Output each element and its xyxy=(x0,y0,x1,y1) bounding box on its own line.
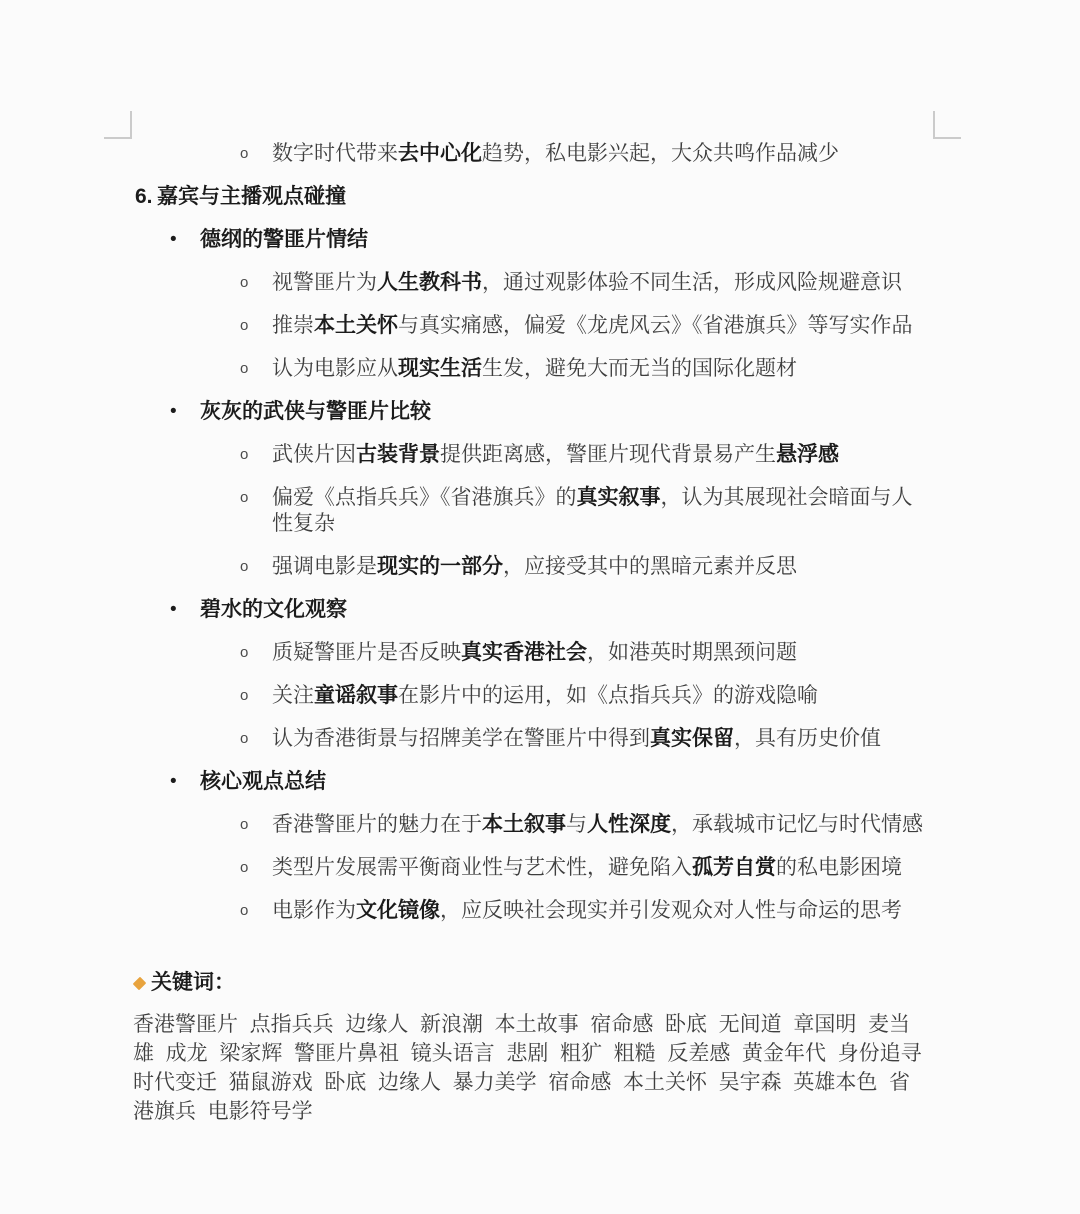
outline-item-bullet: •灰灰的武侠与警匪片比较 xyxy=(0,399,925,425)
outline-item-text: 关注童谣叙事在影片中的运用，如《点指兵兵》的游戏隐喻 xyxy=(272,683,925,709)
outline-item-text: 嘉宾与主播观点碰撞 xyxy=(157,184,925,210)
circle-marker: o xyxy=(240,640,272,666)
outline-item-circle: o认为香港街景与招牌美学在警匪片中得到真实保留，具有历史价值 xyxy=(0,726,925,752)
number-marker: 6. xyxy=(135,184,157,210)
outline-item-circle: o电影作为文化镜像，应反映社会现实并引发观众对人性与命运的思考 xyxy=(0,898,925,924)
circle-marker: o xyxy=(240,683,272,709)
circle-marker: o xyxy=(240,442,272,468)
bullet-marker: • xyxy=(170,399,200,425)
circle-marker: o xyxy=(240,270,272,296)
circle-marker: o xyxy=(240,356,272,382)
bullet-marker: • xyxy=(170,227,200,253)
outline-item-text: 核心观点总结 xyxy=(200,769,925,795)
circle-marker: o xyxy=(240,141,272,167)
document-page: o数字时代带来去中心化趋势，私电影兴起，大众共鸣作品减少6.嘉宾与主播观点碰撞•… xyxy=(0,0,1080,1214)
page-corner-mark-top-right xyxy=(933,111,961,139)
outline-item-text: 数字时代带来去中心化趋势，私电影兴起，大众共鸣作品减少 xyxy=(272,141,925,167)
page-corner-mark-top-left xyxy=(104,111,132,139)
diamond-icon xyxy=(133,976,147,990)
keywords-heading: 关键词： xyxy=(133,970,925,996)
outline-item-circle: o强调电影是现实的一部分，应接受其中的黑暗元素并反思 xyxy=(0,554,925,580)
outline-item-circle: o数字时代带来去中心化趋势，私电影兴起，大众共鸣作品减少 xyxy=(0,141,925,167)
outline-item-circle: o关注童谣叙事在影片中的运用，如《点指兵兵》的游戏隐喻 xyxy=(0,683,925,709)
outline-item-text: 偏爱《点指兵兵》《省港旗兵》的真实叙事，认为其展现社会暗面与人性复杂 xyxy=(272,485,925,537)
outline-item-text: 推崇本土关怀与真实痛感，偏爱《龙虎风云》《省港旗兵》等写实作品 xyxy=(272,313,925,339)
outline-item-circle: o香港警匪片的魅力在于本土叙事与人性深度，承载城市记忆与时代情感 xyxy=(0,812,925,838)
outline-item-bullet: •德纲的警匪片情结 xyxy=(0,227,925,253)
circle-marker: o xyxy=(240,313,272,339)
outline-item-text: 香港警匪片的魅力在于本土叙事与人性深度，承载城市记忆与时代情感 xyxy=(272,812,925,838)
outline-item-text: 视警匪片为人生教科书，通过观影体验不同生活，形成风险规避意识 xyxy=(272,270,925,296)
outline-item-numbered: 6.嘉宾与主播观点碰撞 xyxy=(0,184,925,210)
outline-item-circle: o认为电影应从现实生活生发，避免大而无当的国际化题材 xyxy=(0,356,925,382)
outline-item-text: 灰灰的武侠与警匪片比较 xyxy=(200,399,925,425)
outline-item-text: 碧水的文化观察 xyxy=(200,597,925,623)
outline-list: o数字时代带来去中心化趋势，私电影兴起，大众共鸣作品减少6.嘉宾与主播观点碰撞•… xyxy=(0,141,925,924)
circle-marker: o xyxy=(240,898,272,924)
keywords-paragraph: 香港警匪片 点指兵兵 边缘人 新浪潮 本土故事 宿命感 卧底 无间道 章国明 麦… xyxy=(133,1010,925,1126)
circle-marker: o xyxy=(240,485,272,537)
outline-item-circle: o推崇本土关怀与真实痛感，偏爱《龙虎风云》《省港旗兵》等写实作品 xyxy=(0,313,925,339)
circle-marker: o xyxy=(240,855,272,881)
outline-item-text: 质疑警匪片是否反映真实香港社会，如港英时期黑颈问题 xyxy=(272,640,925,666)
outline-item-circle: o偏爱《点指兵兵》《省港旗兵》的真实叙事，认为其展现社会暗面与人性复杂 xyxy=(0,485,925,537)
outline-item-text: 类型片发展需平衡商业性与艺术性，避免陷入孤芳自赏的私电影困境 xyxy=(272,855,925,881)
outline-item-circle: o质疑警匪片是否反映真实香港社会，如港英时期黑颈问题 xyxy=(0,640,925,666)
outline-item-text: 认为电影应从现实生活生发，避免大而无当的国际化题材 xyxy=(272,356,925,382)
circle-marker: o xyxy=(240,726,272,752)
outline-item-text: 强调电影是现实的一部分，应接受其中的黑暗元素并反思 xyxy=(272,554,925,580)
outline-item-text: 德纲的警匪片情结 xyxy=(200,227,925,253)
bullet-marker: • xyxy=(170,769,200,795)
outline-item-circle: o武侠片因古装背景提供距离感，警匪片现代背景易产生悬浮感 xyxy=(0,442,925,468)
outline-item-text: 电影作为文化镜像，应反映社会现实并引发观众对人性与命运的思考 xyxy=(272,898,925,924)
circle-marker: o xyxy=(240,812,272,838)
outline-item-circle: o类型片发展需平衡商业性与艺术性，避免陷入孤芳自赏的私电影困境 xyxy=(0,855,925,881)
bullet-marker: • xyxy=(170,597,200,623)
circle-marker: o xyxy=(240,554,272,580)
outline-item-text: 认为香港街景与招牌美学在警匪片中得到真实保留，具有历史价值 xyxy=(272,726,925,752)
keywords-heading-label: 关键词： xyxy=(151,970,235,996)
outline-item-bullet: •碧水的文化观察 xyxy=(0,597,925,623)
outline-item-bullet: •核心观点总结 xyxy=(0,769,925,795)
keywords-section: 关键词： 香港警匪片 点指兵兵 边缘人 新浪潮 本土故事 宿命感 卧底 无间道 … xyxy=(0,970,925,1126)
outline-item-circle: o视警匪片为人生教科书，通过观影体验不同生活，形成风险规避意识 xyxy=(0,270,925,296)
outline-item-text: 武侠片因古装背景提供距离感，警匪片现代背景易产生悬浮感 xyxy=(272,442,925,468)
